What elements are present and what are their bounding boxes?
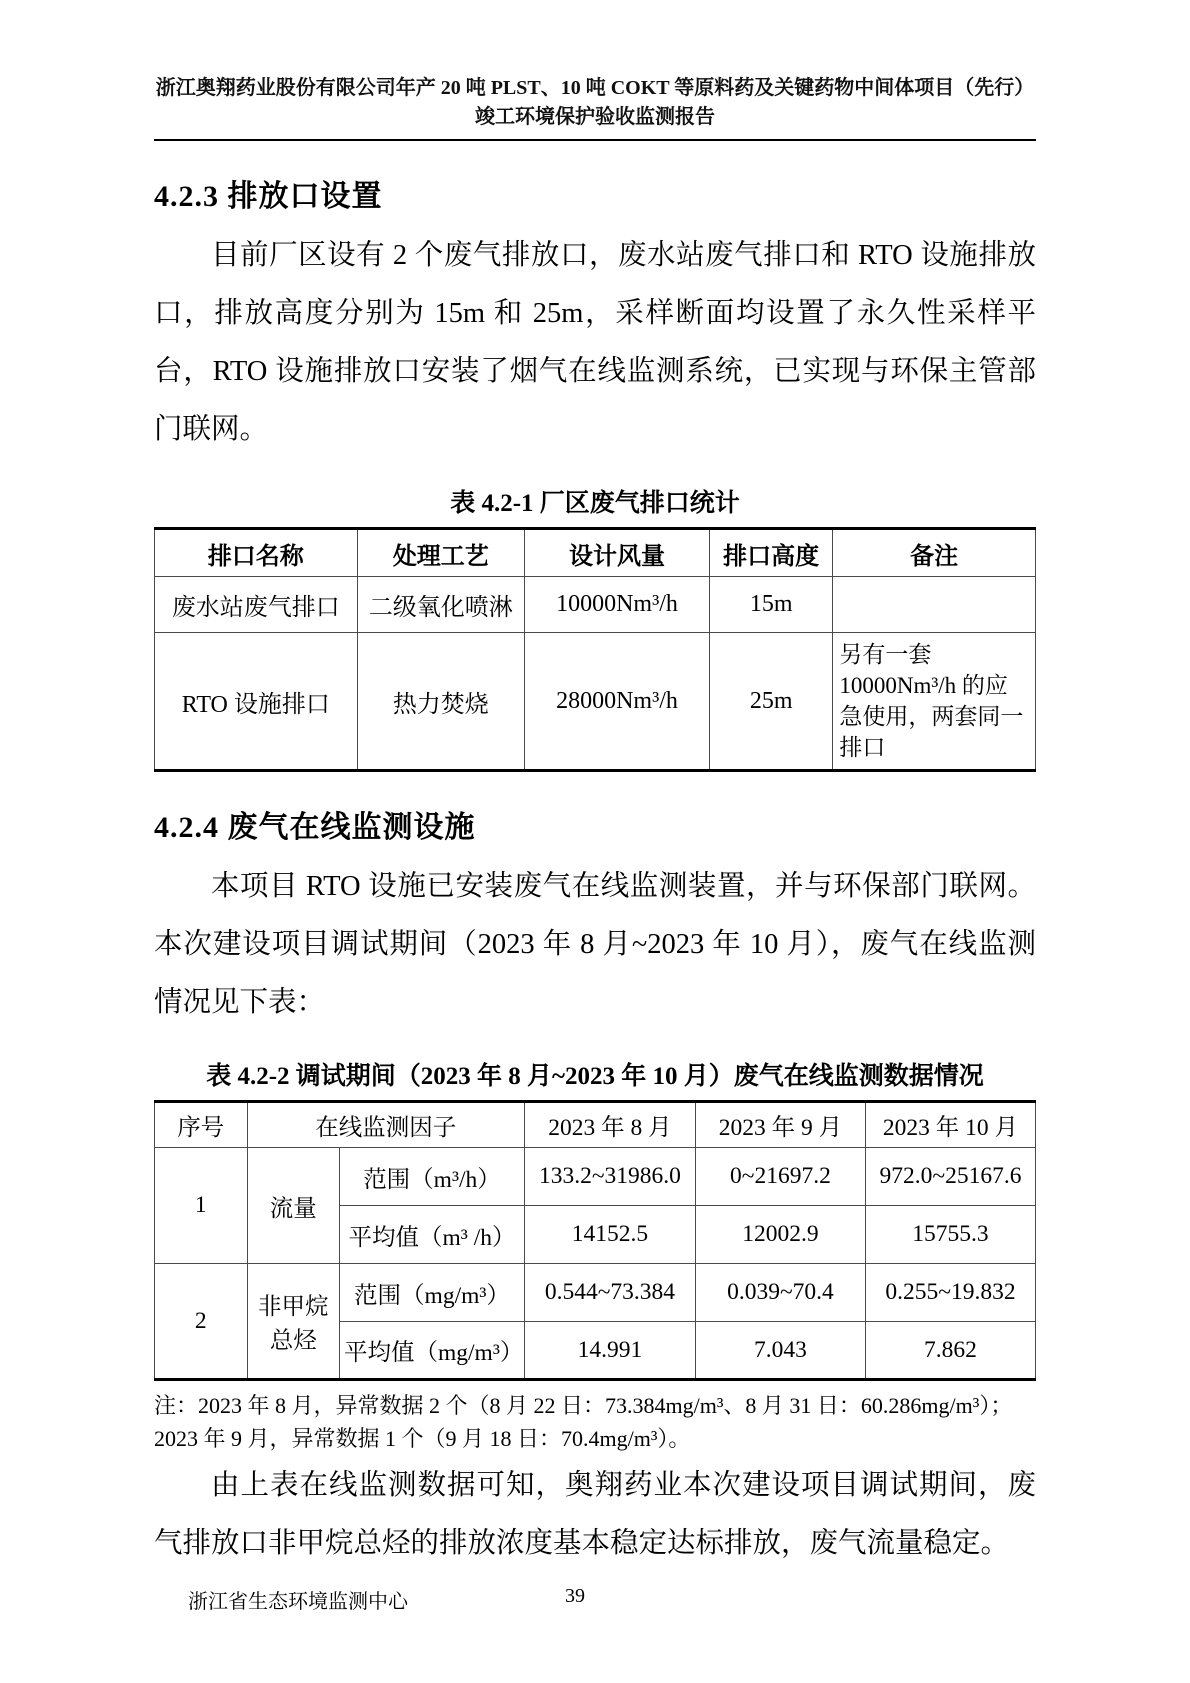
metric-aug: 133.2~31986.0 — [525, 1148, 696, 1206]
outlet-process: 热力焚烧 — [357, 633, 524, 771]
outlet-process: 二级氧化喷淋 — [357, 577, 524, 633]
table1-title: 表 4.2-1 厂区废气排口统计 — [154, 483, 1036, 519]
outlet-height: 15m — [710, 577, 833, 633]
metric-sep: 7.043 — [695, 1322, 865, 1380]
metric-sep: 0.039~70.4 — [695, 1264, 865, 1322]
paragraph-outlets: 目前厂区设有 2 个废气排放口，废水站废气排口和 RTO 设施排放口，排放高度分… — [154, 227, 1036, 459]
row-no: 2 — [155, 1264, 248, 1380]
metric-aug: 0.544~73.384 — [525, 1264, 696, 1322]
paragraph-online-monitoring: 本项目 RTO 设施已安装废气在线监测装置，并与环保部门联网。本次建设项目调试期… — [154, 858, 1036, 1032]
table1-header-name: 排口名称 — [155, 529, 358, 577]
section-heading-4-2-3: 4.2.3 排放口设置 — [154, 171, 1036, 215]
metric-aug: 14.991 — [525, 1322, 696, 1380]
outlet-height: 25m — [710, 633, 833, 771]
outlet-remark — [833, 577, 1036, 633]
factor-name: 非甲烷总烃 — [247, 1264, 340, 1380]
table1-header-remark: 备注 — [833, 529, 1036, 577]
metric-label: 平均值（mg/m³） — [340, 1322, 525, 1380]
row-no: 1 — [155, 1148, 248, 1264]
table2-title: 表 4.2-2 调试期间（2023 年 8 月~2023 年 10 月）废气在线… — [154, 1056, 1036, 1092]
metric-sep: 12002.9 — [695, 1206, 865, 1264]
table-row: 废水站废气排口 二级氧化喷淋 10000Nm³/h 15m — [155, 577, 1036, 633]
outlet-flow: 28000Nm³/h — [525, 633, 710, 771]
table-row: RTO 设施排口 热力焚烧 28000Nm³/h 25m 另有一套 10000N… — [155, 633, 1036, 771]
metric-oct: 972.0~25167.6 — [865, 1148, 1035, 1206]
table2-note-line2: 2023 年 9 月，异常数据 1 个（9 月 18 日：70.4mg/m³）。 — [154, 1422, 1036, 1455]
table1-header-process: 处理工艺 — [357, 529, 524, 577]
metric-label: 范围（m³/h） — [340, 1148, 525, 1206]
table2-note: 注：2023 年 8 月，异常数据 2 个（8 月 22 日：73.384mg/… — [154, 1389, 1036, 1455]
metric-label: 范围（mg/m³） — [340, 1264, 525, 1322]
metric-oct: 0.255~19.832 — [865, 1264, 1035, 1322]
running-header: 浙江奥翔药业股份有限公司年产 20 吨 PLST、10 吨 COKT 等原料药及… — [154, 0, 1036, 141]
outlet-remark: 另有一套 10000Nm³/h 的应急使用，两套同一排口 — [833, 633, 1036, 771]
metric-label: 平均值（m³ /h） — [340, 1206, 525, 1264]
table-row: 1 流量 范围（m³/h） 133.2~31986.0 0~21697.2 97… — [155, 1148, 1036, 1206]
metric-sep: 0~21697.2 — [695, 1148, 865, 1206]
table2-header-row: 序号 在线监测因子 2023 年 8 月 2023 年 9 月 2023 年 1… — [155, 1102, 1036, 1148]
table2-header-factor: 在线监测因子 — [247, 1102, 525, 1148]
table-online-monitoring-data: 序号 在线监测因子 2023 年 8 月 2023 年 9 月 2023 年 1… — [154, 1100, 1036, 1381]
outlet-name: 废水站废气排口 — [155, 577, 358, 633]
metric-oct: 15755.3 — [865, 1206, 1035, 1264]
table1-header-row: 排口名称 处理工艺 设计风量 排口高度 备注 — [155, 529, 1036, 577]
outlet-name: RTO 设施排口 — [155, 633, 358, 771]
metric-oct: 7.862 — [865, 1322, 1035, 1380]
table2-header-oct: 2023 年 10 月 — [865, 1102, 1035, 1148]
running-header-title: 浙江奥翔药业股份有限公司年产 20 吨 PLST、10 吨 COKT 等原料药及… — [154, 74, 1036, 132]
metric-aug: 14152.5 — [525, 1206, 696, 1264]
table2-header-sep: 2023 年 9 月 — [695, 1102, 865, 1148]
outlet-flow: 10000Nm³/h — [525, 577, 710, 633]
table2-header-aug: 2023 年 8 月 — [525, 1102, 696, 1148]
factor-name: 流量 — [247, 1148, 340, 1264]
paragraph-conclusion: 由上表在线监测数据可知，奥翔药业本次建设项目调试期间，废气排放口非甲烷总烃的排放… — [154, 1457, 1036, 1573]
table2-note-line1: 注：2023 年 8 月，异常数据 2 个（8 月 22 日：73.384mg/… — [154, 1389, 1036, 1422]
table1-header-flow: 设计风量 — [525, 529, 710, 577]
page-number: 39 — [154, 1585, 996, 1608]
table2-header-no: 序号 — [155, 1102, 248, 1148]
page-content: 浙江奥翔药业股份有限公司年产 20 吨 PLST、10 吨 COKT 等原料药及… — [154, 0, 1036, 1573]
table-outlet-statistics: 排口名称 处理工艺 设计风量 排口高度 备注 废水站废气排口 二级氧化喷淋 10… — [154, 527, 1036, 772]
section-heading-4-2-4: 4.2.4 废气在线监测设施 — [154, 802, 1036, 846]
table-row: 2 非甲烷总烃 范围（mg/m³） 0.544~73.384 0.039~70.… — [155, 1264, 1036, 1322]
header-rule — [154, 139, 1036, 141]
table1-header-height: 排口高度 — [710, 529, 833, 577]
